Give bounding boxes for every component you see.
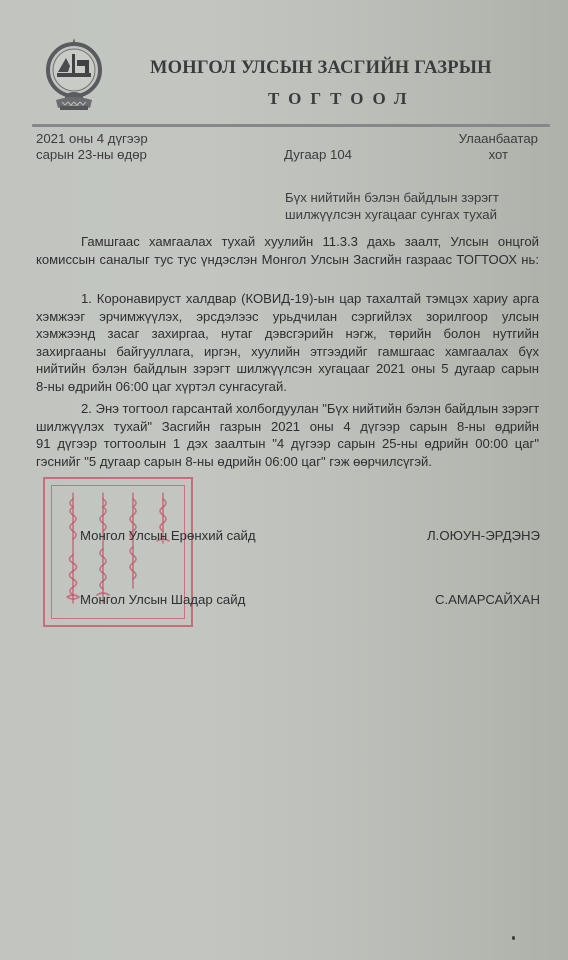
paragraph-line: нийтийн бэлэн байдлын зэрэгт шилжүүлсэн …	[36, 360, 539, 378]
signatory-name: С.АМАРСАЙХАН	[435, 592, 540, 607]
signatory-title: Монгол Улсын Шадар сайд	[80, 592, 245, 607]
paragraph-line: хэмжээг эрчимжүүлэх, эрсдэлээс урьдчилан…	[36, 308, 539, 326]
signatory-name: Л.ОЮУН-ЭРДЭНЭ	[427, 528, 540, 543]
paragraph-line: 2. Энэ тогтоол гарсантай холбогдуулан "Б…	[36, 400, 539, 418]
place-line-1: Улаанбаатар	[459, 131, 538, 147]
signatory-title: Монгол Улсын Ерөнхий сайд	[80, 528, 256, 543]
paragraph-line: 8-ны өдрийн 06:00 цаг хүртэл сунгасугай.	[36, 378, 539, 396]
paper-speck	[512, 936, 515, 940]
clause-2-paragraph: 2. Энэ тогтоол гарсантай холбогдуулан "Б…	[36, 400, 539, 470]
paragraph-line: захиргааны байгууллага, иргэн, хуулийн э…	[36, 343, 539, 361]
document-date: 2021 оны 4 дүгээр сарын 23-ны өдөр	[36, 131, 148, 163]
paragraph-line: хэмжээнд засаг захиргаа, нутаг дэвсгэрий…	[36, 325, 539, 343]
document-type-heading: ТОГТООЛ	[268, 89, 416, 109]
clause-1-paragraph: 1. Коронавируст халдвар (КОВИД-19)-ын ца…	[36, 290, 539, 395]
paragraph-line: Гамшгаас хамгаалах тухай хуулийн 11.3.3 …	[36, 233, 539, 251]
paragraph-line: шилжүүлэх тухай" Засгийн газрын 2021 оны…	[36, 418, 539, 436]
organization-title: МОНГОЛ УЛСЫН ЗАСГИЙН ГАЗРЫН	[150, 58, 550, 79]
date-line-2: сарын 23-ны өдөр	[36, 147, 148, 163]
resolution-document: МОНГОЛ УЛСЫН ЗАСГИЙН ГАЗРЫН ТОГТООЛ 2021…	[0, 0, 568, 960]
subject-line-2: шилжүүлсэн хугацааг сунгах тухай	[285, 206, 499, 223]
state-emblem-icon	[44, 36, 104, 116]
date-line-1: 2021 оны 4 дүгээр	[36, 131, 148, 147]
intro-paragraph: Гамшгаас хамгаалах тухай хуулийн 11.3.3 …	[36, 233, 539, 268]
paragraph-line: гэснийг "5 дугаар сарын 8-ны өдрийн 06:0…	[36, 453, 539, 471]
document-number: Дугаар 104	[284, 147, 352, 163]
paragraph-line: 1. Коронавируст халдвар (КОВИД-19)-ын ца…	[36, 290, 539, 308]
paragraph-line: комиссын саналыг тус тус үндэслэн Монгол…	[36, 251, 539, 269]
place-line-2: хот	[459, 147, 538, 163]
document-place: Улаанбаатар хот	[459, 131, 538, 163]
header-divider	[32, 124, 550, 127]
paragraph-line: 91 дүгээр тогтоолын 1 дэх заалтын "4 дүг…	[36, 435, 539, 453]
subject-line-1: Бүх нийтийн бэлэн байдлын зэрэгт	[285, 189, 499, 206]
resolution-subject: Бүх нийтийн бэлэн байдлын зэрэгт шилжүүл…	[285, 189, 499, 223]
